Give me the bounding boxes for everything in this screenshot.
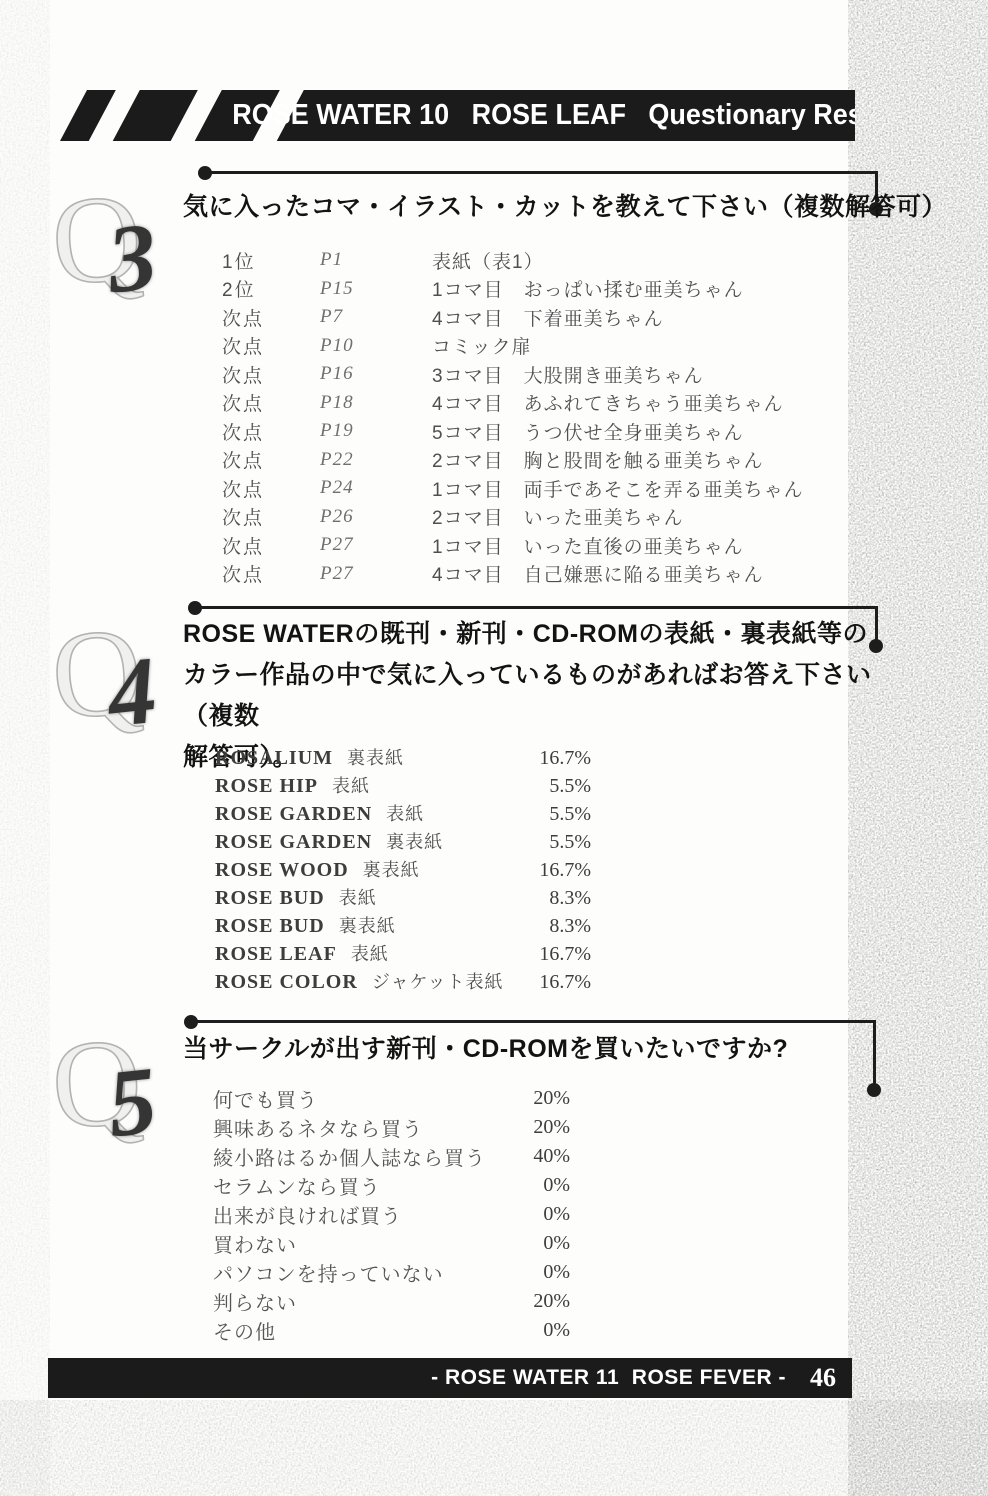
q3-connector-line [200, 171, 878, 174]
description-cell: コミック扉 [432, 332, 842, 359]
percentage-cell: 16.7% [539, 943, 591, 966]
q5-table-row: セラムンなら買う 0% [213, 1171, 570, 1200]
connector-dot [184, 1015, 198, 1029]
cover-type-cell: 表紙 [351, 940, 389, 966]
q5-question: 当サークルが出す新刊・CD-ROMを買いたいですか? [183, 1029, 788, 1065]
description-cell: 1コマ目 おっぱい揉む亜美ちゃん [432, 275, 842, 302]
q3-table-row: 次点 P27 1コマ目 いった直後の亜美ちゃん [222, 531, 842, 560]
title-cell: ROSE COLOR [215, 971, 358, 994]
scan-noise-bottom [0, 1400, 988, 1496]
q3-table-row: 次点 P7 4コマ目 下着亜美ちゃん [222, 303, 842, 332]
rank-cell: 次点 [222, 503, 320, 530]
q5-connector-line [186, 1020, 876, 1023]
title-cell: ROSE HIP [215, 775, 318, 798]
q4-table-row: ROSE WOOD 裏表紙 16.7% [215, 856, 591, 884]
cover-type-cell: 裏表紙 [386, 828, 443, 854]
q4-connector-line [190, 606, 878, 609]
answer-cell: 興味あるネタなら買う [213, 1113, 423, 1142]
q4-table-row: ROSE BUD 表紙 8.3% [215, 884, 591, 912]
page-cell: P15 [320, 278, 432, 300]
page-cell: P10 [320, 335, 432, 357]
q3-table-row: 次点 P22 2コマ目 胸と股間を触る亜美ちゃん [222, 446, 842, 475]
title-cell: ROSE BUD [215, 915, 325, 938]
q4-table-row: ROSE LEAF 表紙 16.7% [215, 940, 591, 968]
percentage-cell: 40% [533, 1145, 570, 1168]
q5-table-row: 興味あるネタなら買う 20% [213, 1113, 570, 1142]
answer-cell: セラムンなら買う [213, 1171, 381, 1200]
description-cell: 2コマ目 いった亜美ちゃん [432, 503, 842, 530]
rank-cell: 次点 [222, 389, 320, 416]
title-cell: ROSALIUM [215, 747, 333, 770]
cover-type-cell: 表紙 [386, 800, 424, 826]
scanned-page: ROSE WATER 10 ROSE LEAF Questionary Resu… [0, 0, 988, 1496]
rank-cell: 次点 [222, 304, 320, 331]
q3-table-row: 次点 P26 2コマ目 いった亜美ちゃん [222, 503, 842, 532]
q5-table-row: 何でも買う 20% [213, 1084, 570, 1113]
cover-type-cell: 裏表紙 [347, 744, 404, 770]
description-cell: 5コマ目 うつ伏せ全身亜美ちゃん [432, 418, 842, 445]
answer-cell: 買わない [213, 1229, 297, 1258]
page-cell: P24 [320, 477, 432, 499]
q4-question-line: ROSE WATERの既刊・新刊・CD-ROMの表紙・裏表紙等の [183, 614, 883, 655]
percentage-cell: 0% [543, 1319, 570, 1342]
q4-table-row: ROSE GARDEN 裏表紙 5.5% [215, 828, 591, 856]
q5-table-row: 判らない 20% [213, 1287, 570, 1316]
q5-number: 5 [103, 1052, 161, 1152]
page-cell: P27 [320, 534, 432, 556]
q4-table-row: ROSE GARDEN 表紙 5.5% [215, 800, 591, 828]
footer-bar: - ROSE WATER 11 ROSE FEVER - 46 [48, 1358, 852, 1398]
cover-type-cell: 裏表紙 [339, 912, 396, 938]
title-cell: ROSE LEAF [215, 943, 337, 966]
answer-cell: 出来が良ければ買う [213, 1200, 402, 1229]
description-cell: 4コマ目 あふれてきちゃう亜美ちゃん [432, 389, 842, 416]
percentage-cell: 20% [533, 1290, 570, 1313]
percentage-cell: 5.5% [549, 803, 591, 826]
title-cell: ROSE BUD [215, 887, 325, 910]
percentage-cell: 5.5% [549, 831, 591, 854]
percentage-cell: 16.7% [539, 859, 591, 882]
page-cell: P19 [320, 420, 432, 442]
page-number: 46 [810, 1363, 836, 1393]
page-cell: P26 [320, 506, 432, 528]
description-cell: 1コマ目 いった直後の亜美ちゃん [432, 532, 842, 559]
q5-table-row: パソコンを持っていない 0% [213, 1258, 570, 1287]
percentage-cell: 20% [533, 1087, 570, 1110]
q5-table-row: 出来が良ければ買う 0% [213, 1200, 570, 1229]
rank-cell: 次点 [222, 418, 320, 445]
diagonal-stripe-icon [87, 88, 141, 144]
connector-dot [867, 1083, 881, 1097]
q5-results-table: 何でも買う 20% 興味あるネタなら買う 20% 綾小路はるか個人誌なら買う 4… [213, 1084, 570, 1345]
description-cell: 表紙（表1） [432, 247, 842, 274]
answer-cell: 判らない [213, 1287, 297, 1316]
answer-cell: 何でも買う [213, 1084, 318, 1113]
q3-number: 3 [103, 208, 161, 308]
q3-table-row: 次点 P16 3コマ目 大股開き亜美ちゃん [222, 360, 842, 389]
header-bar: ROSE WATER 10 ROSE LEAF Questionary Resu… [60, 90, 855, 141]
percentage-cell: 8.3% [549, 915, 591, 938]
q4-number: 4 [103, 642, 161, 742]
footer-label: - ROSE WATER 11 ROSE FEVER - [431, 1366, 786, 1390]
description-cell: 4コマ目 自己嫌悪に陥る亜美ちゃん [432, 560, 842, 587]
percentage-cell: 16.7% [539, 971, 591, 994]
q4-results-table: ROSALIUM 裏表紙 16.7% ROSE HIP 表紙 5.5% ROSE… [215, 744, 591, 996]
q3-table-row: 次点 P10 コミック扉 [222, 332, 842, 361]
page-cell: P27 [320, 563, 432, 585]
q3-table-row: 次点 P19 5コマ目 うつ伏せ全身亜美ちゃん [222, 417, 842, 446]
page-cell: P22 [320, 449, 432, 471]
q3-question: 気に入ったコマ・イラスト・カットを教えて下さい（複数解答可） [183, 187, 947, 223]
description-cell: 2コマ目 胸と股間を触る亜美ちゃん [432, 446, 842, 473]
q4-table-row: ROSALIUM 裏表紙 16.7% [215, 744, 591, 772]
connector-dot [188, 601, 202, 615]
cover-type-cell: 表紙 [332, 772, 370, 798]
page-cell: P1 [320, 249, 432, 271]
q3-table-row: 次点 P24 1コマ目 両手であそこを弄る亜美ちゃん [222, 474, 842, 503]
rank-cell: 2位 [222, 275, 320, 302]
q4-table-row: ROSE COLOR ジャケット表紙 16.7% [215, 968, 591, 996]
description-cell: 1コマ目 両手であそこを弄る亜美ちゃん [432, 475, 842, 502]
cover-type-cell: 裏表紙 [363, 856, 420, 882]
q3-table-row: 1位 P1 表紙（表1） [222, 246, 842, 275]
rank-cell: 次点 [222, 361, 320, 388]
title-cell: ROSE GARDEN [215, 831, 372, 854]
cover-type-cell: 表紙 [339, 884, 377, 910]
percentage-cell: 0% [543, 1261, 570, 1284]
q4-question-line: カラー作品の中で気に入っているものがあればお答え下さい（複数 [183, 655, 883, 737]
percentage-cell: 16.7% [539, 747, 591, 770]
q5-table-row: 買わない 0% [213, 1229, 570, 1258]
q3-results-table: 1位 P1 表紙（表1） 2位 P15 1コマ目 おっぱい揉む亜美ちゃん 次点 … [222, 246, 842, 588]
q3-table-row: 次点 P18 4コマ目 あふれてきちゃう亜美ちゃん [222, 389, 842, 418]
q3-table-row: 次点 P27 4コマ目 自己嫌悪に陥る亜美ちゃん [222, 560, 842, 589]
percentage-cell: 8.3% [549, 887, 591, 910]
rank-cell: 次点 [222, 560, 320, 587]
page-cell: P18 [320, 392, 432, 414]
rank-cell: 次点 [222, 332, 320, 359]
description-cell: 4コマ目 下着亜美ちゃん [432, 304, 842, 331]
title-cell: ROSE WOOD [215, 859, 349, 882]
connector-vline [873, 1020, 876, 1090]
percentage-cell: 5.5% [549, 775, 591, 798]
rank-cell: 次点 [222, 475, 320, 502]
title-cell: ROSE GARDEN [215, 803, 372, 826]
percentage-cell: 0% [543, 1203, 570, 1226]
q4-table-row: ROSE BUD 裏表紙 8.3% [215, 912, 591, 940]
description-cell: 3コマ目 大股開き亜美ちゃん [432, 361, 842, 388]
page-cell: P7 [320, 306, 432, 328]
percentage-cell: 0% [543, 1232, 570, 1255]
q3-table-row: 2位 P15 1コマ目 おっぱい揉む亜美ちゃん [222, 275, 842, 304]
percentage-cell: 20% [533, 1116, 570, 1139]
answer-cell: パソコンを持っていない [213, 1258, 444, 1287]
percentage-cell: 0% [543, 1174, 570, 1197]
page-cell: P16 [320, 363, 432, 385]
answer-cell: その他 [213, 1316, 276, 1345]
rank-cell: 1位 [222, 247, 320, 274]
rank-cell: 次点 [222, 446, 320, 473]
q5-table-row: 綾小路はるか個人誌なら買う 40% [213, 1142, 570, 1171]
answer-cell: 綾小路はるか個人誌なら買う [213, 1142, 486, 1171]
header-title: ROSE WATER 10 ROSE LEAF Questionary Resu… [317, 90, 826, 141]
rank-cell: 次点 [222, 532, 320, 559]
scan-noise-left [0, 0, 50, 1496]
q5-table-row: その他 0% [213, 1316, 570, 1345]
diagonal-stripe-icon [169, 88, 223, 144]
cover-type-cell: ジャケット表紙 [372, 968, 504, 994]
q4-table-row: ROSE HIP 表紙 5.5% [215, 772, 591, 800]
connector-dot [198, 166, 212, 180]
